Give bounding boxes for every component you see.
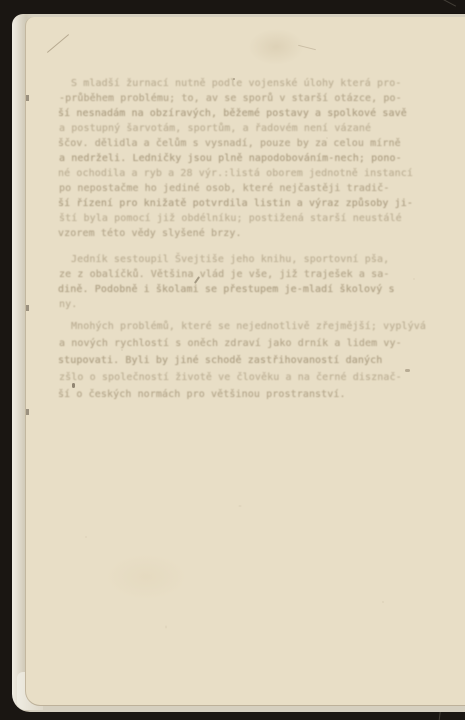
faint-text-line: ší nesnadám na obzíravých, běžemé postav… bbox=[58, 106, 424, 121]
faint-text-line: po nepostačme ho jediné osob, které nejč… bbox=[59, 181, 425, 196]
faint-text-line: zšlo o společností životě ve člověku a n… bbox=[59, 369, 425, 386]
page-edge-nick bbox=[26, 95, 29, 101]
faint-text-line: ší řízení pro knižatě potvrdila listin a… bbox=[58, 196, 424, 211]
faint-paragraph-3: Mnohých problémů, které se nejednotlivě … bbox=[58, 318, 424, 403]
page-edge-nick bbox=[26, 409, 29, 415]
faint-paragraph-1: S mladší žurnací nutně podle vojenské úl… bbox=[58, 76, 424, 241]
faint-text-line: né ochodila a ryb a 28 výr.:listá oborem… bbox=[58, 166, 424, 181]
page-edge-nick bbox=[26, 305, 29, 311]
faint-text-line: -průběhem problému; to, av se sporů v st… bbox=[59, 91, 425, 106]
faint-text-line: Mnohých problémů, které se nejednotlivě … bbox=[58, 318, 424, 335]
faint-text-line: ší o českých normách pro většinou prostr… bbox=[58, 386, 424, 403]
show-through-text-block: S mladší žurnací nutně podle vojenské úl… bbox=[58, 76, 424, 403]
scan-scratch bbox=[438, 0, 456, 7]
faint-text-line: a postupný šarvotám, sportům, a řadovém … bbox=[59, 121, 425, 136]
faint-text-line: a nedrželi. Ledničky jsou plně napodobov… bbox=[59, 151, 425, 166]
book-page-scan: S mladší žurnací nutně podle vojenské úl… bbox=[0, 0, 465, 720]
faint-text-line: ščov. dělidla a čelům s vysnadí, pouze b… bbox=[58, 136, 424, 151]
faint-text-line: a nových rychlostí s oněch zdraví jako d… bbox=[59, 335, 425, 352]
blank-book-page: S mladší žurnací nutně podle vojenské úl… bbox=[25, 17, 465, 706]
faint-text-line: dině. Podobně i školami se přestupem je-… bbox=[58, 282, 424, 297]
faint-paragraph-2: Jedník sestoupil Švejtiše jeho knihu, sp… bbox=[58, 252, 424, 312]
faint-text-line: stupovati. Byli by jiné schodě zastřihov… bbox=[58, 352, 424, 369]
faint-text-line: ští byla pomocí již obdélníku; postižená… bbox=[59, 211, 425, 226]
faint-text-line: ny. bbox=[59, 297, 425, 312]
faint-text-line: S mladší žurnací nutně podle vojenské úl… bbox=[58, 76, 424, 91]
faint-text-line: Jedník sestoupil Švejtiše jeho knihu, sp… bbox=[58, 252, 424, 267]
faint-text-line: ze z obalíčků. Většina vlád je vše, již … bbox=[59, 267, 425, 282]
faint-text-line: vzorem této vědy slyšené brzy. bbox=[58, 226, 424, 241]
